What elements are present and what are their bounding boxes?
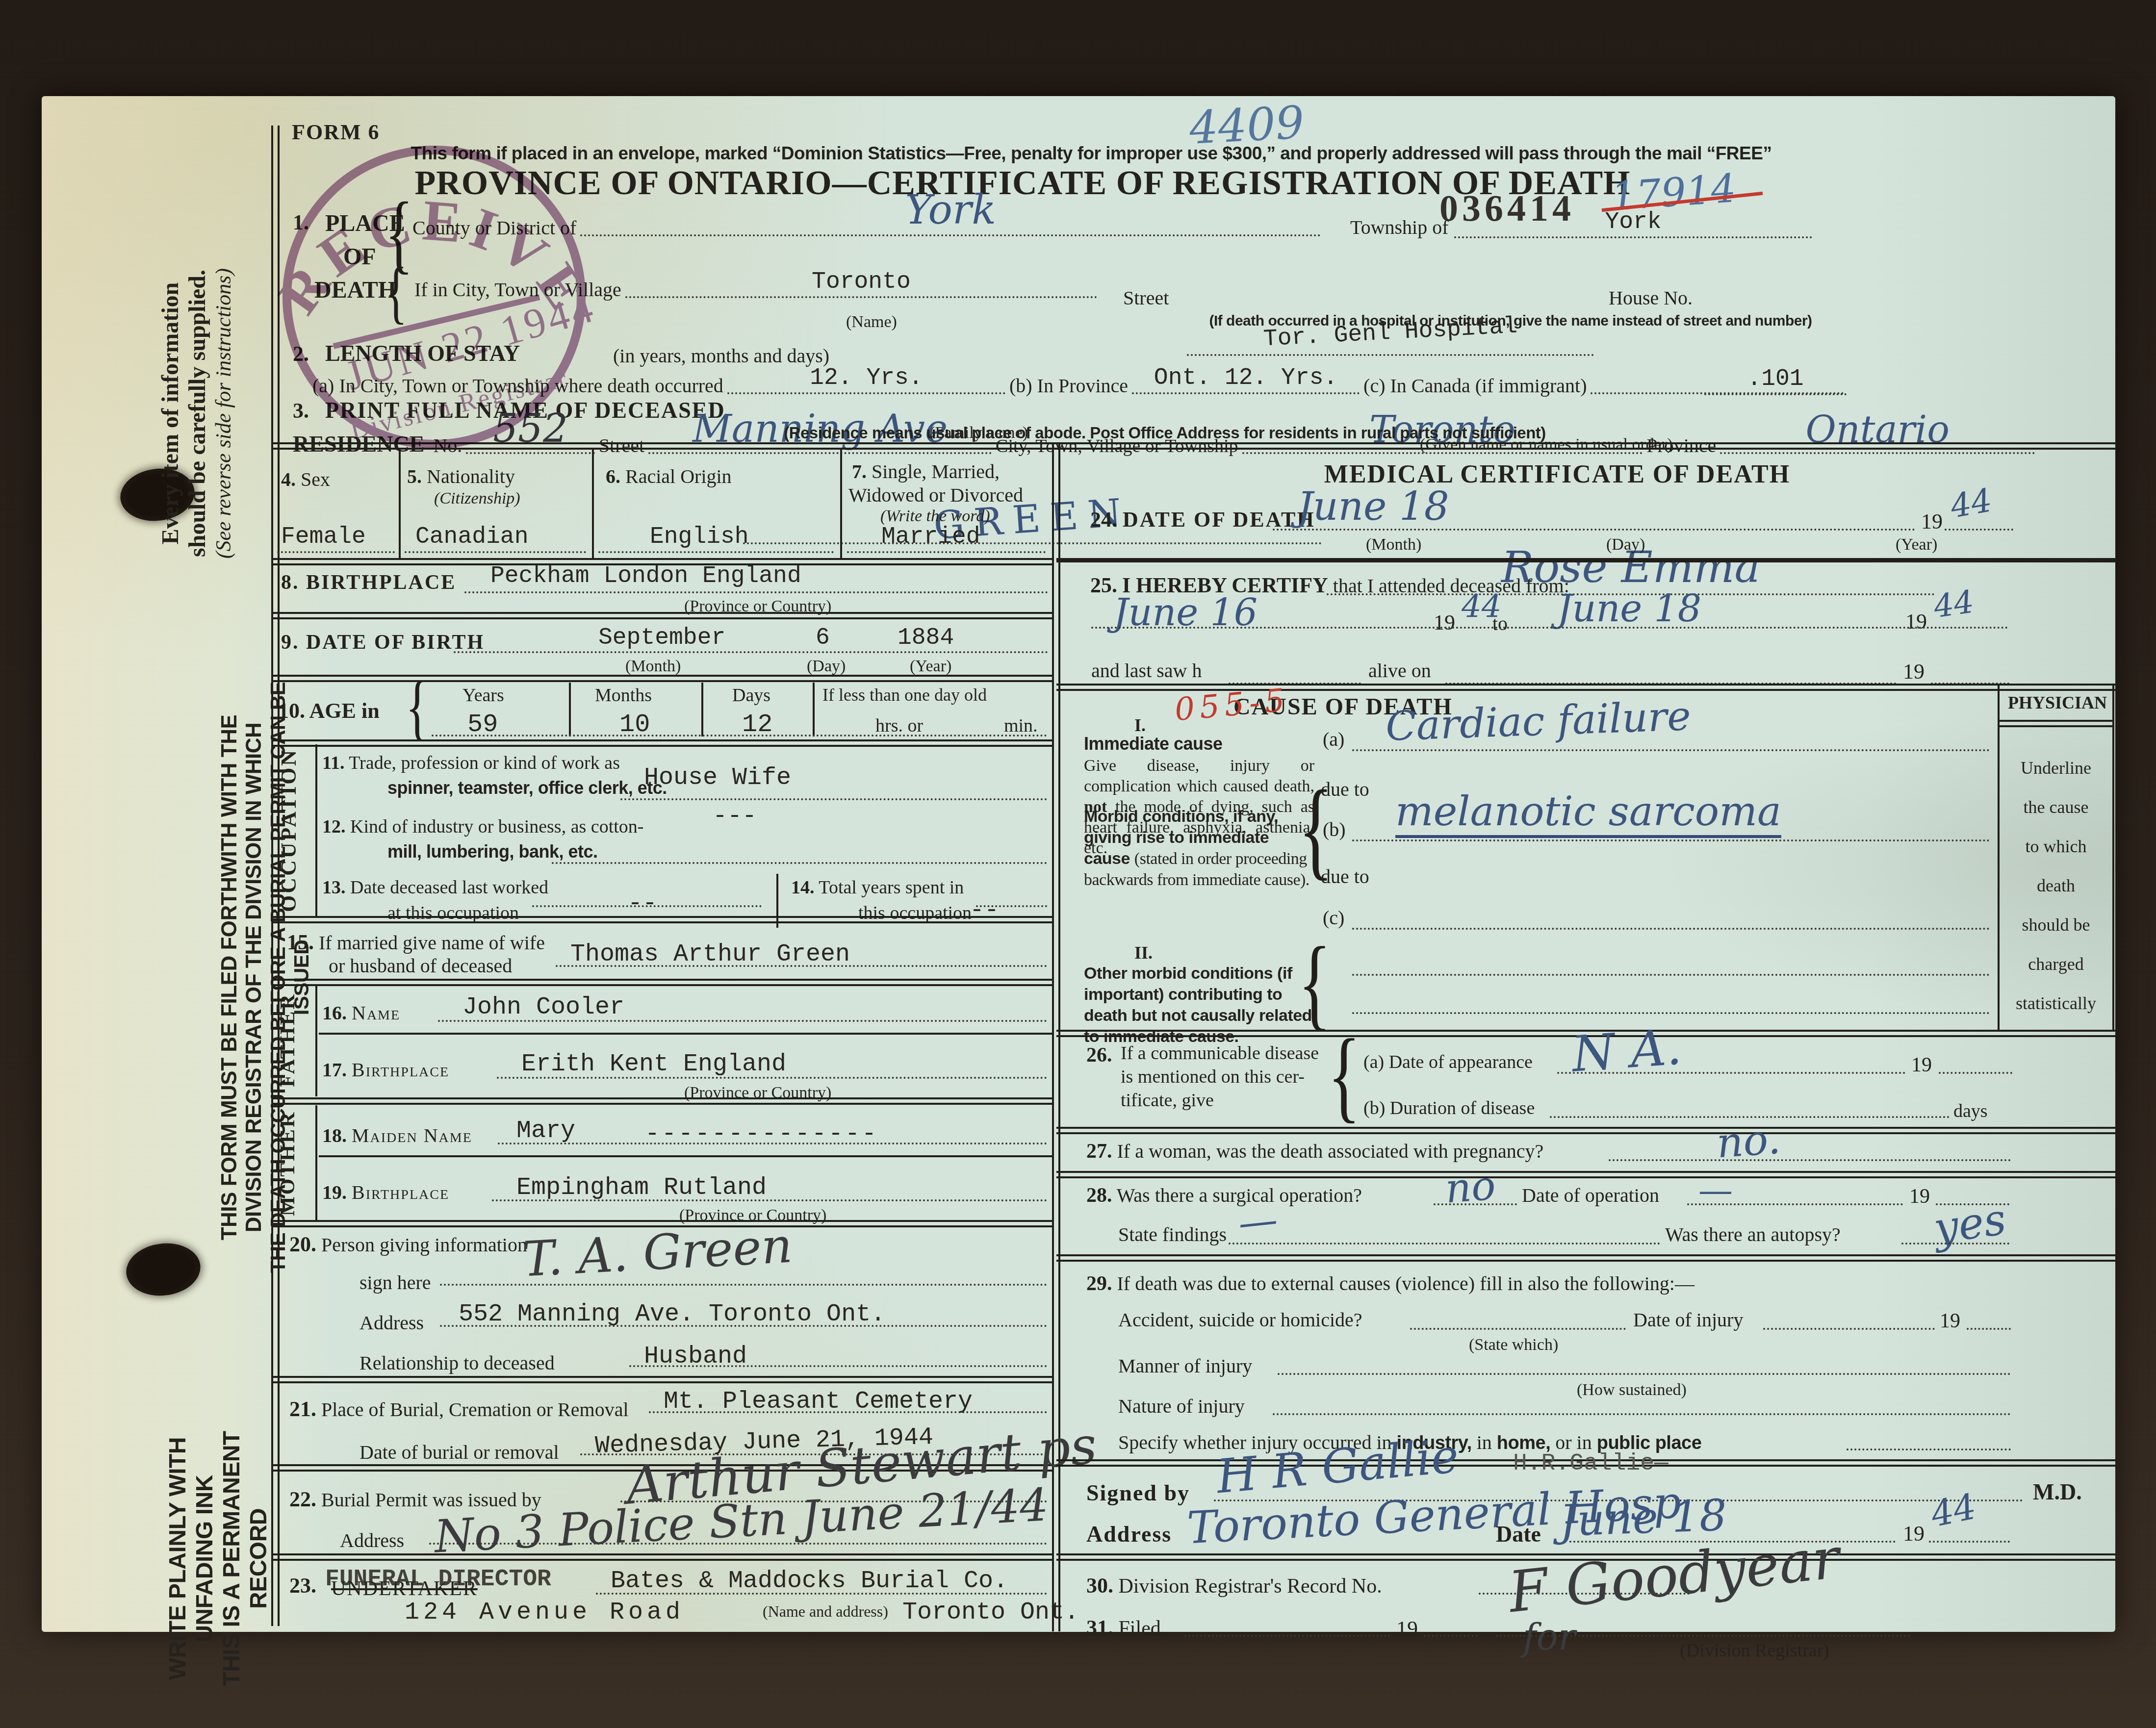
physician-box-right (2112, 686, 2114, 1030)
f19-number: 19. (322, 1181, 347, 1203)
margin-note-line: should be carefully supplied. (184, 209, 211, 618)
section-rule (272, 916, 1052, 923)
marital-number: 7. (852, 460, 867, 483)
dotline (429, 1543, 1047, 1545)
duration-label: (b) Duration of disease (1363, 1097, 1535, 1119)
dotline (1352, 839, 1990, 841)
physician-label: PHYSICIAN (2002, 692, 2112, 713)
industry-value: --- (713, 802, 757, 830)
dotline (277, 551, 395, 553)
mother-birthplace-value: Empingham Rutland (516, 1174, 767, 1202)
informant-label1: Person giving information (321, 1234, 527, 1256)
f23-number: 23. (289, 1573, 316, 1598)
due-to-2: due to (1321, 865, 1369, 888)
operation-date-label: Date of operation (1522, 1184, 1659, 1207)
father-name-value: John Cooler (462, 993, 624, 1021)
dotline (1609, 1159, 2011, 1161)
dotline (1410, 1328, 1626, 1330)
age-label: AGE in (309, 699, 380, 723)
f24-number: 24. (1090, 508, 1117, 532)
note-part: Give disease, injury or complication whi… (1084, 757, 1314, 795)
dotline (1352, 749, 1990, 751)
relationship-label: Relationship to deceased (359, 1351, 555, 1374)
dotline (492, 1199, 1047, 1201)
margin-note-line: UNFADING INK (191, 1418, 218, 1700)
autopsy-label: Was there an autopsy? (1665, 1223, 1841, 1246)
cause-a-label: (a) (1323, 728, 1344, 751)
f28-number: 28. (1086, 1184, 1112, 1207)
f20-number: 20. (289, 1232, 316, 1256)
cause-b-value: melanotic sarcoma (1395, 788, 1781, 838)
year-sub: (Year) (910, 657, 951, 676)
thick-rule (1056, 558, 2116, 562)
communicable-line: If a communicable disease (1121, 1042, 1341, 1065)
birthplace-label: Birthplace (306, 571, 456, 594)
dotline (1496, 1635, 1910, 1637)
cause-c-label: (c) (1323, 906, 1344, 929)
f11-number: 11. (322, 753, 344, 773)
f12-label1: Kind of industry or business, as cotton- (350, 816, 643, 837)
signed-date-label: Date (1496, 1521, 1541, 1547)
marital-sub: (Write the word) (880, 507, 990, 526)
hrs-label: hrs. or (875, 715, 923, 737)
dotline (847, 551, 1046, 553)
f11-label2: spinner, teamster, office clerk, etc. (387, 778, 667, 798)
funeral-address1: 124 Avenue Road (405, 1599, 684, 1626)
f18-number: 18. (322, 1124, 347, 1146)
nationality-value: Canadian (415, 524, 528, 550)
informant-label2: sign here (359, 1271, 431, 1294)
sex-value: Female (281, 524, 366, 550)
dotline (532, 905, 762, 907)
morbid-note: Morbid conditions, if any, giving rise t… (1084, 806, 1314, 890)
signed-date-value: June 18 (1559, 1490, 1727, 1546)
years-label: Years (462, 685, 504, 706)
filed-label: Filed (1119, 1617, 1161, 1640)
racial-origin-label: Racial Origin (625, 465, 732, 487)
township-label: Township of (1350, 216, 1449, 239)
certificate-paper: Every item of information should be care… (42, 96, 2115, 1632)
dotline (1352, 928, 1990, 930)
stay-a-value: 12. Yrs. (810, 365, 923, 391)
margin-note-line: RECORD (245, 1418, 272, 1700)
f13-label1: Date deceased last worked (350, 877, 548, 898)
dotline (1967, 1328, 2011, 1330)
accident-label: Accident, suicide or homicide? (1118, 1308, 1362, 1331)
street-label: Street (1123, 286, 1169, 309)
received-stamp: RECEIVED JUN 22 1944 Division Registrar (253, 116, 616, 479)
spouse-value: Thomas Arthur Green (570, 940, 850, 968)
f21-number: 21. (289, 1397, 316, 1421)
physician-note-line: death (2000, 866, 2112, 905)
dotline (1901, 1243, 2009, 1245)
communicable-line: tificate, give (1121, 1089, 1341, 1112)
dotline (440, 1325, 1047, 1327)
signed-year-44: 44 (1927, 1485, 1979, 1535)
f29-number: 29. (1086, 1272, 1112, 1295)
residence-note: (Residence means usual place of abode. P… (650, 424, 1680, 442)
f14-number: 14. (791, 877, 815, 898)
section-rule (272, 1097, 1052, 1105)
division-registrar-sub: (Division Registrar) (1680, 1640, 1829, 1661)
dotline (464, 591, 1048, 593)
min-label: min. (1004, 715, 1038, 737)
stay-c-label: (c) In Canada (if immigrant) (1363, 374, 1587, 397)
mother-sidebar: MOTHER (276, 1107, 310, 1219)
racial-origin-value: English (650, 524, 749, 550)
length-of-stay-sub: (in years, months and days) (613, 344, 829, 367)
death-day-sub: (Day) (1606, 535, 1645, 554)
informant-signature: T. A. Green (521, 1218, 794, 1288)
attended-to-label: to (1492, 612, 1508, 635)
brace: { (1328, 1024, 1360, 1127)
findings-dash: — (1236, 1196, 1280, 1246)
to-year-44: 44 (1931, 584, 1976, 626)
last-worked-value: -- (628, 889, 657, 917)
dotline (1557, 1072, 1905, 1074)
dotline (1273, 529, 1915, 531)
death-year-19: 19 (1921, 509, 1943, 534)
section-rule (1056, 1254, 2116, 1262)
occupation-sidebar: OCCUPATION (276, 744, 310, 916)
registrar-for: for (1523, 1616, 1575, 1658)
certify-rest: that I attended deceased from: (1333, 575, 1569, 597)
f30-number: 30. (1086, 1574, 1113, 1598)
communicable-line: is mentioned on this cer- (1121, 1065, 1341, 1089)
father-birthplace-value: Erith Kent England (521, 1050, 786, 1078)
physician-note-line: to which (2000, 827, 2112, 866)
f16-number: 16. (322, 1002, 347, 1024)
dotline (1945, 529, 2013, 531)
name-subnote: (Name) (846, 313, 897, 331)
sidebar-divider (315, 1105, 317, 1220)
birthplace-number: 8. (281, 571, 300, 594)
cause-b-label: (b) (1323, 818, 1346, 841)
death-year-sub: (Year) (1896, 535, 1937, 554)
funeral-director-value: Bates & Maddocks Burial Co. (611, 1567, 1008, 1595)
cause-a-value: Cardiac failure (1385, 693, 1692, 750)
filed-year-19: 19 (1396, 1616, 1418, 1641)
md-label: M.D. (2033, 1479, 2082, 1505)
appearance-label: (a) Date of appearance (1363, 1051, 1533, 1073)
specify-part: in (1472, 1431, 1497, 1453)
cell-divider (840, 449, 842, 559)
physician-note-line: statistically (2000, 984, 2112, 1023)
appearance-year: 19 (1911, 1053, 1932, 1077)
stay-b-label: (b) In Province (1009, 374, 1128, 397)
cause-ii: II. (1134, 942, 1153, 963)
f31-number: 31. (1086, 1616, 1113, 1640)
dotline (454, 651, 1048, 653)
external-causes-label: If death was due to external causes (vio… (1117, 1272, 1694, 1295)
dotline (596, 1593, 1047, 1595)
sidebar-divider (315, 985, 317, 1096)
dotline (1847, 1448, 2011, 1450)
margin-note-line: Every item of information (157, 209, 184, 618)
dotline (556, 965, 1047, 967)
birthdate-number: 9. (281, 631, 300, 654)
mother-birthplace-label: Birthplace (352, 1181, 449, 1203)
burial-date-label: Date of burial or removal (359, 1441, 559, 1464)
medical-certificate-title: MEDICAL CERTIFICATE OF DEATH (1101, 460, 2013, 489)
month-sub: (Month) (625, 657, 681, 676)
attended-to: June 18 (1557, 586, 1701, 630)
birth-month: September (598, 625, 725, 651)
informant-address-label: Address (359, 1311, 424, 1334)
age-divider (701, 683, 703, 737)
section-rule (1056, 1171, 2116, 1178)
margin-note-supply: Every item of information should be care… (157, 209, 262, 618)
informant-address-value: 552 Manning Ave. Toronto Ont. (459, 1300, 885, 1328)
dotline (620, 798, 1047, 800)
physician-note-line: Underline (2000, 748, 2112, 788)
dotline (497, 1077, 1047, 1079)
sidebar-divider (315, 744, 317, 916)
f15-number: 15. (287, 930, 314, 954)
registrar-record-label: Division Registrar's Record No. (1119, 1575, 1382, 1598)
dotline (1273, 1413, 2011, 1415)
day-sub: (Day) (807, 657, 846, 676)
from-year-19: 19 (1434, 610, 1455, 635)
dotline (1091, 627, 2008, 629)
f26-number: 26. (1086, 1043, 1112, 1067)
section-rule (272, 1376, 1052, 1383)
funeral-director-label: FUNERAL DIRECTOR (325, 1566, 551, 1593)
f11-label1: Trade, profession or kind of work as (349, 753, 620, 773)
nationality-sub: (Citizenship) (434, 489, 520, 508)
dotline (1278, 1373, 2011, 1375)
dotline (629, 1365, 1047, 1367)
physician-note: Underline the cause to which death shoul… (2000, 748, 2112, 1023)
alive-on-label: alive on (1368, 659, 1431, 682)
city-value: Toronto (812, 269, 911, 295)
section-rule (272, 612, 1052, 619)
margin-note-line: DIVISION REGISTRAR OF THE DIVISION IN WH… (242, 655, 266, 1300)
birth-year: 1884 (898, 625, 954, 651)
f27-number: 27. (1086, 1140, 1112, 1163)
father-birthplace-label: Birthplace (352, 1059, 449, 1081)
birthdate-label: Date of Birth (306, 631, 485, 654)
burial-place-label: Place of Burial, Cremation or Removal (321, 1398, 629, 1421)
physician-note-line: charged (2000, 944, 2112, 984)
occupation-value: House Wife (644, 764, 791, 792)
physician-typed-name: H.R.Gallie— (1513, 1450, 1668, 1477)
f17-number: 17. (322, 1059, 347, 1081)
rule (319, 1155, 1052, 1157)
to-year-19: 19 (1905, 609, 1927, 634)
scanned-death-certificate: Every item of information should be care… (0, 0, 2156, 1728)
findings-label: State findings (1118, 1223, 1227, 1246)
dotline (598, 551, 834, 553)
physician-note-line: the cause (2000, 788, 2112, 827)
physician-note-line: should be (2000, 905, 2112, 944)
maiden-name-value: Mary (516, 1117, 575, 1145)
margin-note-line: WRITE PLAINLY WITH (164, 1418, 191, 1700)
injury-year: 19 (1940, 1309, 1960, 1333)
f13-number: 13. (322, 877, 346, 898)
dotline (1229, 1243, 1660, 1245)
birth-day: 6 (816, 625, 830, 651)
last-saw-label: and last saw h (1091, 659, 1202, 682)
rule (319, 1033, 1052, 1035)
autopsy-value: yes (1931, 1194, 2009, 1253)
section-rule (272, 739, 1052, 747)
dotline (498, 1143, 1047, 1144)
pregnancy-label: If a woman, was the death associated wit… (1117, 1140, 1544, 1162)
funeral-sub: (Name and address) (763, 1602, 888, 1621)
funeral-address2: Toronto Ont. (902, 1599, 1079, 1626)
margin-note-ink: WRITE PLAINLY WITH UNFADING INK THIS IS … (164, 1418, 289, 1700)
age-number: 10. (278, 699, 305, 723)
maiden-name-label: Maiden Name (352, 1124, 472, 1146)
dotline (405, 551, 586, 553)
age-divider (813, 683, 815, 737)
hospital-note: (If death occurred in a hospital or inst… (1184, 313, 1837, 330)
f14-label1: Total years spent in (819, 877, 964, 898)
death-date-value: June 18 (1297, 483, 1449, 529)
section-rule (272, 675, 1052, 682)
section-rule (1056, 1127, 2116, 1134)
injury-date-label: Date of injury (1633, 1308, 1743, 1331)
less-than-day-label: If less than one day old (822, 685, 987, 705)
signed-address-label: Address (1086, 1521, 1172, 1547)
dotline (432, 735, 1047, 737)
days-label: Days (732, 685, 770, 706)
spouse-label1: If married give name of wife (319, 932, 545, 954)
age-divider (569, 683, 571, 737)
marital-value: Married (881, 524, 980, 550)
f12-number: 12. (322, 816, 346, 837)
birthplace-value: Peckham London England (490, 563, 801, 589)
f12-label2: mill, lumbering, bank, etc. (387, 841, 598, 862)
physician-rule (1998, 720, 2114, 727)
operation-year: 19 (1909, 1185, 1930, 1208)
margin-note-line: (See reverse side for instructions) (211, 209, 236, 618)
state-which-sub: (State which) (1469, 1336, 1558, 1354)
days-label2: days (1953, 1100, 1988, 1122)
township-value: York (1605, 209, 1661, 235)
communicable-label: If a communicable disease is mentioned o… (1121, 1042, 1341, 1112)
manner-label: Manner of injury (1118, 1354, 1252, 1377)
dotline (976, 905, 1047, 907)
dotline (1763, 1328, 1935, 1330)
permit-address-label: Address (340, 1529, 404, 1552)
marital-label2: Widowed or Divorced (848, 483, 1023, 507)
brace: { (406, 670, 429, 744)
immediate-cause-label: Immediate cause (1084, 734, 1223, 754)
dotline (552, 862, 1047, 864)
signed-year-19: 19 (1903, 1521, 1925, 1546)
alive-year-19: 19 (1903, 659, 1925, 684)
dotline (1352, 974, 1990, 976)
cause-i: I. (1134, 715, 1146, 736)
death-month-sub: (Month) (1366, 535, 1421, 554)
dotline (438, 1020, 1047, 1022)
stay-b-value: Ont. 12. Yrs. (1154, 365, 1337, 391)
brace: { (1298, 932, 1331, 1035)
marital-label: Single, Married, (872, 460, 1000, 483)
dotline (1352, 1012, 1990, 1014)
margin-note-line: THIS IS A PERMANENT (218, 1418, 245, 1700)
dotline (1424, 1635, 1478, 1637)
section-rule (272, 979, 1052, 986)
dotline (1184, 1635, 1390, 1637)
dotline (1939, 1072, 2012, 1074)
section-rule (272, 1553, 1052, 1561)
signed-by-label: Signed by (1086, 1480, 1190, 1506)
nature-label: Nature of injury (1118, 1395, 1245, 1418)
father-name-label: Name (352, 1002, 400, 1024)
dotline (1687, 1203, 1903, 1205)
margin-note-line: THIS FORM MUST BE FILED FORTHWITH WITH T… (217, 655, 242, 1300)
death-date-label: DATE OF DEATH (1123, 508, 1315, 532)
county-value: York (905, 187, 996, 233)
punch-hole-bottom (123, 1239, 204, 1300)
dotline (440, 1284, 1047, 1286)
dotline (1434, 1203, 1517, 1205)
spouse-label2: or husband of deceased (329, 954, 512, 977)
death-year-44: 44 (1948, 481, 1995, 525)
dotline (1929, 1541, 2010, 1543)
dotline (649, 1411, 1047, 1413)
how-sustained-sub: (How sustained) (1577, 1381, 1687, 1399)
months-label: Months (595, 685, 652, 706)
father-sidebar: FATHER (276, 986, 310, 1094)
house-no-label: House No. (1609, 286, 1693, 309)
f22-number: 22. (289, 1487, 316, 1511)
